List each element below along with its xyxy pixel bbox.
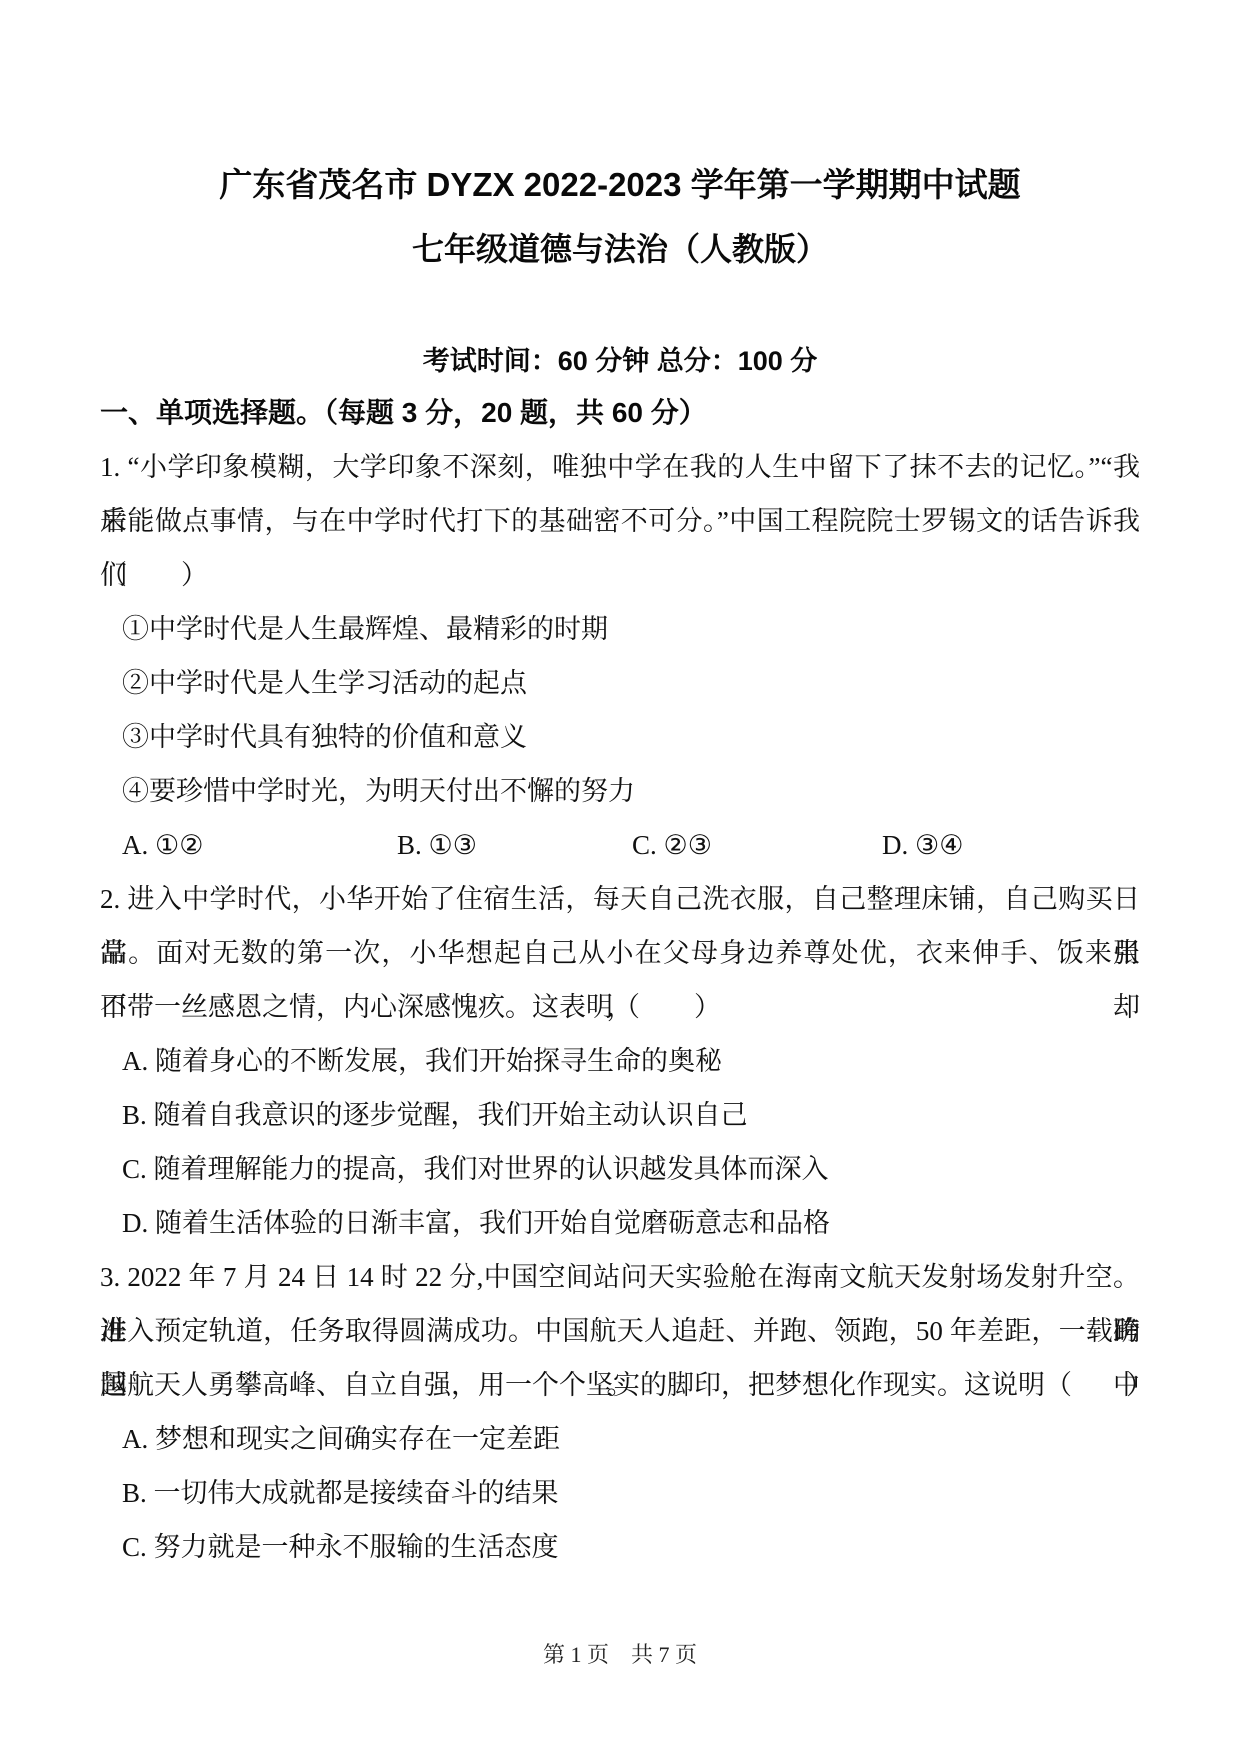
document-line: 来能做点事情，与在中学时代打下的基础密不可分。”中国工程院院士罗锡文的话告诉我们 [100,494,1140,548]
question-lines: 1. “小学印象模糊，大学印象不深刻，唯独中学在我的人生中留下了抹不去的记忆。”… [100,440,1140,1574]
document-line: A. 梦想和现实之间确实存在一定差距 [100,1412,1140,1466]
document-line: （ ） [100,548,1140,602]
document-line: 不带一丝感恩之情，内心深感愧疚。这表明（ ） [100,980,1140,1034]
document-line: ③中学时代具有独特的价值和意义 [100,710,1140,764]
document-line: C. 努力就是一种永不服输的生活态度 [100,1520,1140,1574]
document-line: C. 随着理解能力的提高，我们对世界的认识越发具体而深入 [100,1142,1140,1196]
document-line: B. 随着自我意识的逐步觉醒，我们开始主动认识自己 [100,1088,1140,1142]
document-title-line2: 七年级道德与法治（人教版） [0,224,1240,274]
document-line: D. 随着生活体验的日渐丰富，我们开始自觉磨砺意志和品格 [100,1196,1140,1250]
document-line: 国航天人勇攀高峰、自立自强，用一个个坚实的脚印，把梦想化作现实。这说明（ ） [100,1358,1140,1412]
document-line: ②中学时代是人生学习活动的起点 [100,656,1140,710]
option-b-label: B. ①③ [397,818,477,872]
document-line: ①中学时代是人生最辉煌、最精彩的时期 [100,602,1140,656]
document-line: B. 一切伟大成就都是接续奋斗的结果 [100,1466,1140,1520]
document-line: 进入预定轨道，任务取得圆满成功。中国航天人追赶、并跑、领跑，50 年差距，一载跨… [100,1304,1140,1358]
options-row: A. ①②B. ①③C. ②③D. ③④ [100,818,1140,872]
document-line: A. 随着身心的不断发展，我们开始探寻生命的奥秘 [100,1034,1140,1088]
section-heading: 一、单项选择题。（每题 3 分，20 题，共 60 分） [100,386,1140,440]
exam-document-page: 广东省茂名市 DYZX 2022-2023 学年第一学期期中试题 七年级道德与法… [0,0,1240,1753]
option-d-label: D. ③④ [882,818,963,872]
option-c-label: C. ②③ [632,818,712,872]
document-line: ④要珍惜中学时光，为明天付出不懈的努力 [100,764,1140,818]
document-line: 1. “小学印象模糊，大学印象不深刻，唯独中学在我的人生中留下了抹不去的记忆。”… [100,440,1140,494]
document-line: 2. 进入中学时代，小华开始了住宿生活，每天自己洗衣服，自己整理床铺，自己购买日… [100,872,1140,926]
document-line: 3. 2022 年 7 月 24 日 14 时 22 分,中国空间站问天实验舱在… [100,1250,1140,1304]
option-a-label: A. ①② [122,818,203,872]
page-number-footer: 第 1 页 共 7 页 [0,1640,1240,1670]
document-line: 品。面对无数的第一次，小华想起自己从小在父母身边养尊处优，衣来伸手、饭来张口，却 [100,926,1140,980]
exam-info-line: 考试时间：60 分钟 总分：100 分 [0,336,1240,386]
document-title-line1: 广东省茂名市 DYZX 2022-2023 学年第一学期期中试题 [0,160,1240,210]
